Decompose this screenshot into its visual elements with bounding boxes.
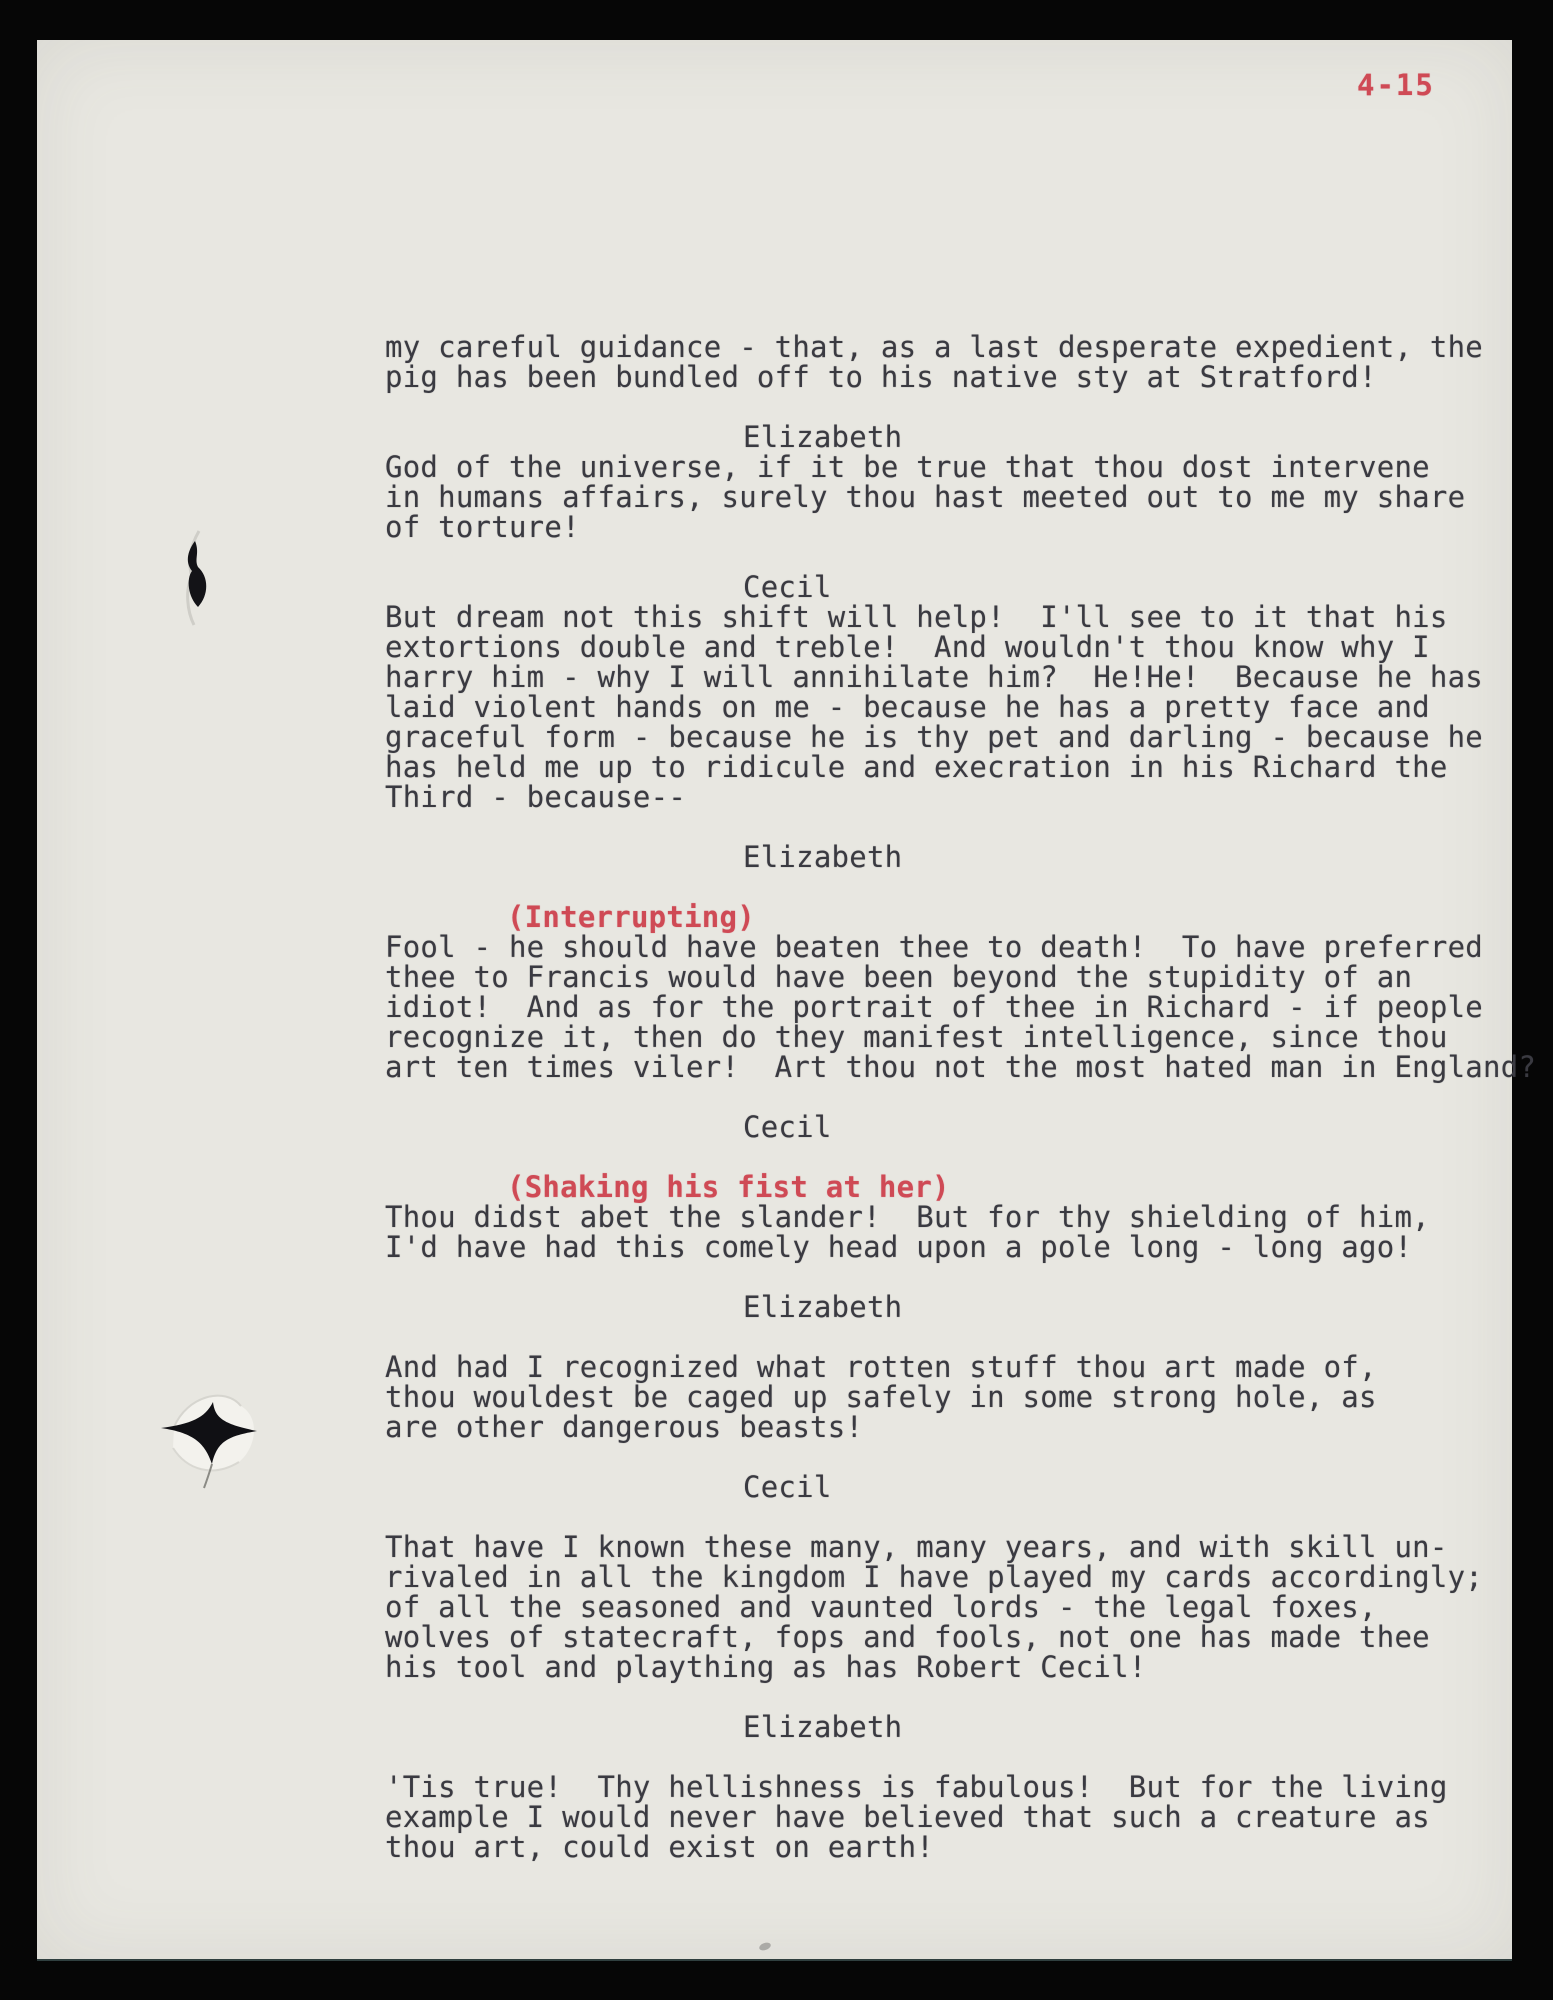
- dialogue-paragraph: God of the universe, if it be true that …: [385, 452, 1535, 542]
- dialogue-paragraph: 'Tis true! Thy hellishness is fabulous! …: [385, 1772, 1535, 1862]
- dialogue-line: recognize it, then do they manifest inte…: [385, 1022, 1535, 1052]
- dialogue-line: graceful form - because he is thy pet an…: [385, 722, 1535, 752]
- dialogue-line: his tool and plaything as has Robert Cec…: [385, 1652, 1535, 1682]
- dialogue-line: And had I recognized what rotten stuff t…: [385, 1352, 1535, 1382]
- dialogue-line: 'Tis true! Thy hellishness is fabulous! …: [385, 1772, 1535, 1802]
- character-heading: Elizabeth: [385, 1292, 1535, 1322]
- script-body: my careful guidance - that, as a last de…: [385, 332, 1535, 1862]
- dialogue-line: has held me up to ridicule and execratio…: [385, 752, 1535, 782]
- character-heading: Cecil: [385, 1112, 1535, 1142]
- dialogue-line: thee to Francis would have been beyond t…: [385, 962, 1535, 992]
- character-heading: Elizabeth: [385, 1712, 1535, 1742]
- dialogue-line: example I would never have believed that…: [385, 1802, 1535, 1832]
- typewritten-script-page: 4-15 my careful guidance - that, as a la…: [37, 40, 1512, 1959]
- dialogue-line: pig has been bundled off to his native s…: [385, 362, 1535, 392]
- dialogue-paragraph: my careful guidance - that, as a last de…: [385, 332, 1535, 392]
- dialogue-line: I'd have had this comely head upon a pol…: [385, 1232, 1535, 1262]
- dialogue-line: But dream not this shift will help! I'll…: [385, 602, 1535, 632]
- character-heading: Cecil: [385, 1472, 1535, 1502]
- dialogue-line: laid violent hands on me - because he ha…: [385, 692, 1535, 722]
- dialogue-line: thou wouldest be caged up safely in some…: [385, 1382, 1535, 1412]
- punch-hole-bottom-icon: [149, 1372, 279, 1492]
- dialogue-line: Thou didst abet the slander! But for thy…: [385, 1202, 1535, 1232]
- dialogue-line: Fool - he should have beaten thee to dea…: [385, 932, 1535, 962]
- stage-direction: (Shaking his fist at her): [385, 1172, 1535, 1202]
- dialogue-line: wolves of statecraft, fops and fools, no…: [385, 1622, 1535, 1652]
- character-heading: Elizabeth: [385, 422, 1535, 452]
- dialogue-line: extortions double and treble! And wouldn…: [385, 632, 1535, 662]
- dialogue-line: idiot! And as for the portrait of thee i…: [385, 992, 1535, 1022]
- dialogue-line: harry him - why I will annihilate him? H…: [385, 662, 1535, 692]
- photo-background: { "page_label": "4-15", "colors": { "bac…: [0, 0, 1553, 2000]
- page-number: 4-15: [1357, 68, 1435, 102]
- dialogue-line: That have I known these many, many years…: [385, 1532, 1535, 1562]
- character-heading: Elizabeth: [385, 842, 1535, 872]
- dialogue-line: God of the universe, if it be true that …: [385, 452, 1535, 482]
- dialogue-line: are other dangerous beasts!: [385, 1412, 1535, 1442]
- dialogue-paragraph: Thou didst abet the slander! But for thy…: [385, 1202, 1535, 1262]
- dialogue-line: art ten times viler! Art thou not the mo…: [385, 1052, 1535, 1082]
- stage-direction: (Interrupting): [385, 902, 1535, 932]
- stray-ink-mark: [758, 1941, 772, 1952]
- dialogue-line: rivaled in all the kingdom I have played…: [385, 1562, 1535, 1592]
- dialogue-line: of all the seasoned and vaunted lords - …: [385, 1592, 1535, 1622]
- punch-hole-top-icon: [167, 527, 227, 637]
- dialogue-line: of torture!: [385, 512, 1535, 542]
- dialogue-paragraph: And had I recognized what rotten stuff t…: [385, 1352, 1535, 1442]
- dialogue-line: thou art, could exist on earth!: [385, 1832, 1535, 1862]
- dialogue-paragraph: But dream not this shift will help! I'll…: [385, 602, 1535, 812]
- dialogue-line: my careful guidance - that, as a last de…: [385, 332, 1535, 362]
- dialogue-paragraph: Fool - he should have beaten thee to dea…: [385, 932, 1535, 1082]
- dialogue-line: in humans affairs, surely thou hast meet…: [385, 482, 1535, 512]
- dialogue-line: Third - because--: [385, 782, 1535, 812]
- character-heading: Cecil: [385, 572, 1535, 602]
- dialogue-paragraph: That have I known these many, many years…: [385, 1532, 1535, 1682]
